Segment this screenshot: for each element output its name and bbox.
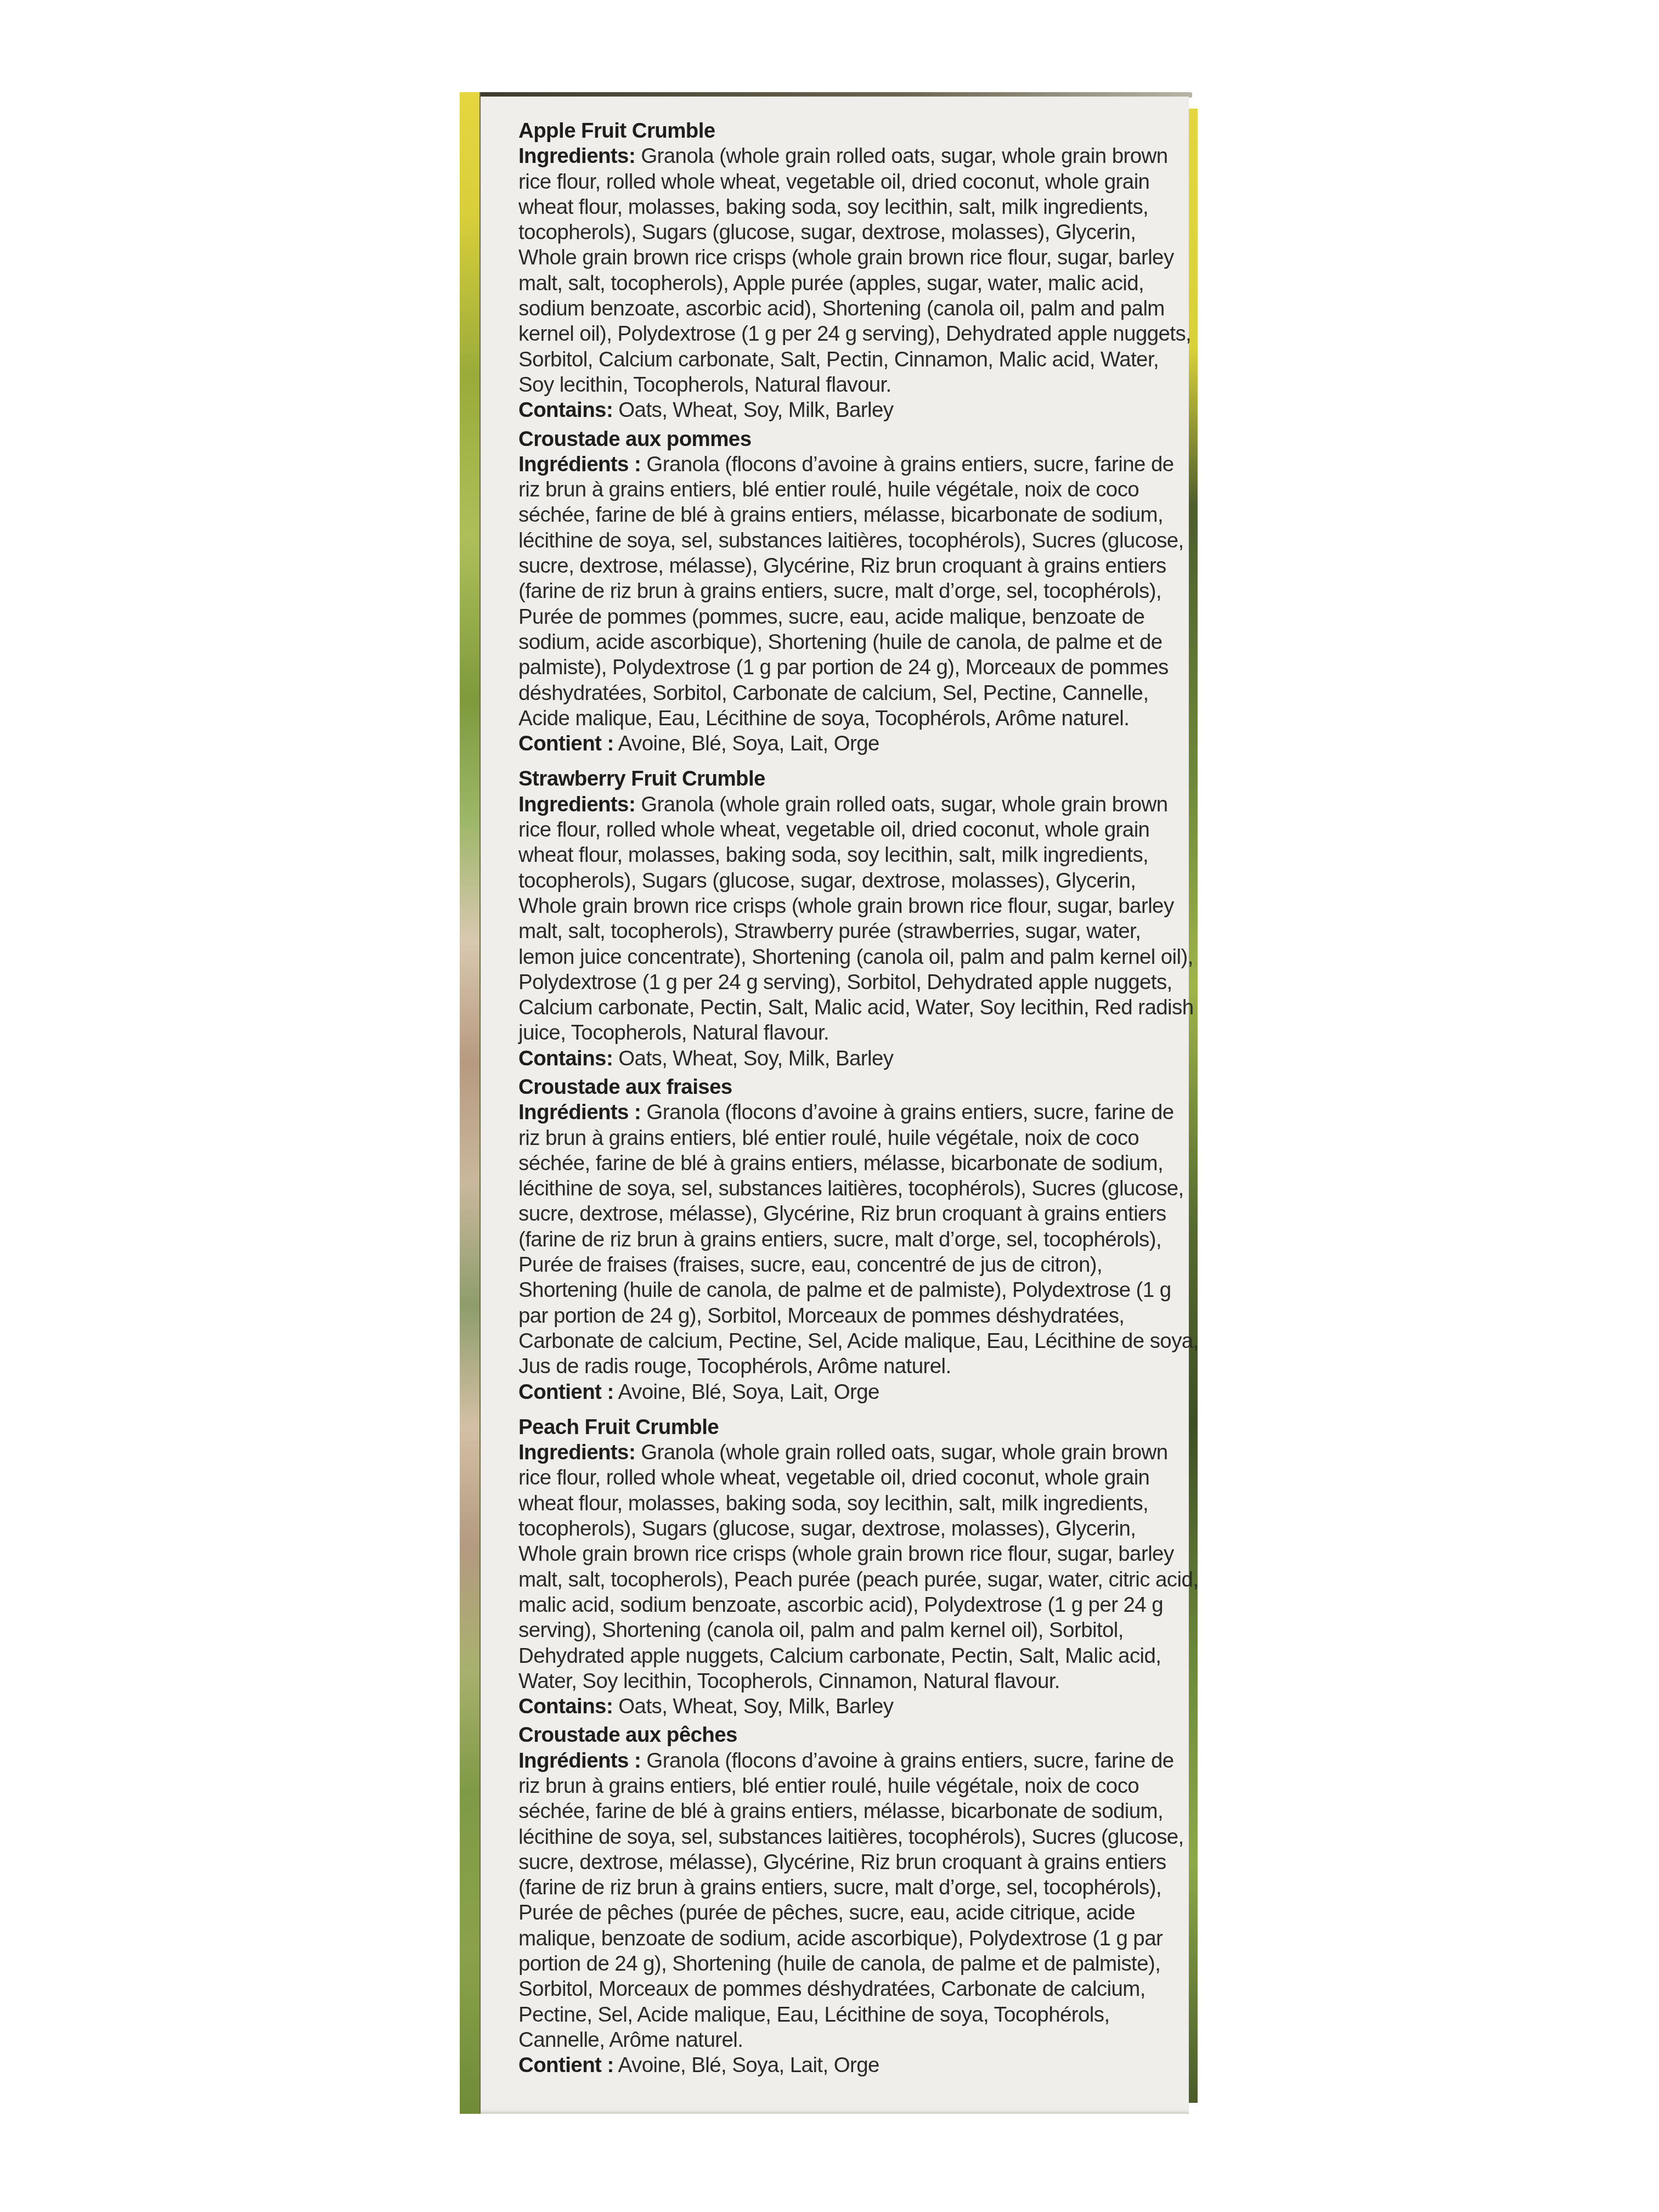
ingredients-label: Ingrédients :: [518, 1101, 641, 1124]
contains-text: Oats, Wheat, Soy, Milk, Barley: [613, 398, 893, 422]
ingredients-list: Apple Fruit Crumble Ingredients: Granola…: [518, 119, 1199, 2079]
ingredients-paragraph: Ingredients: Granola (whole grain rolled…: [518, 792, 1199, 1046]
product-section-strawberry-en: Strawberry Fruit Crumble Ingredients: Gr…: [518, 766, 1199, 1071]
ingredients-paragraph: Ingrédients : Granola (flocons d’avoine …: [518, 452, 1199, 731]
product-title: Peach Fruit Crumble: [518, 1415, 1199, 1440]
ingredients-panel: Apple Fruit Crumble Ingredients: Granola…: [481, 97, 1189, 2114]
product-title: Apple Fruit Crumble: [518, 119, 1199, 144]
ingredients-paragraph: Ingrédients : Granola (flocons d’avoine …: [518, 1748, 1199, 2053]
allergen-line: Contains: Oats, Wheat, Soy, Milk, Barley: [518, 1694, 1199, 1719]
contains-label: Contient :: [518, 1380, 614, 1404]
contains-label: Contains:: [518, 1047, 613, 1070]
product-section-apple-en: Apple Fruit Crumble Ingredients: Granola…: [518, 119, 1199, 424]
allergen-line: Contains: Oats, Wheat, Soy, Milk, Barley: [518, 398, 1199, 423]
ingredients-label: Ingredients:: [518, 144, 635, 168]
product-section-strawberry-fr: Croustade aux fraises Ingrédients : Gran…: [518, 1075, 1199, 1405]
allergen-line: Contient : Avoine, Blé, Soya, Lait, Orge: [518, 1380, 1199, 1405]
allergen-line: Contient : Avoine, Blé, Soya, Lait, Orge: [518, 731, 1199, 757]
ingredients-label: Ingredients:: [518, 793, 635, 816]
ingredients-label: Ingrédients :: [518, 453, 641, 476]
box-left-edge-artwork: [460, 92, 481, 2114]
allergen-line: Contient : Avoine, Blé, Soya, Lait, Orge: [518, 2053, 1199, 2078]
ingredients-paragraph: Ingredients: Granola (whole grain rolled…: [518, 1440, 1199, 1694]
ingredients-label: Ingrédients :: [518, 1749, 641, 1773]
product-title: Croustade aux pêches: [518, 1723, 1199, 1748]
allergen-line: Contains: Oats, Wheat, Soy, Milk, Barley: [518, 1046, 1199, 1071]
ingredients-text: Granola (whole grain rolled oats, sugar,…: [518, 1441, 1198, 1693]
product-title: Croustade aux fraises: [518, 1075, 1199, 1100]
contains-text: Avoine, Blé, Soya, Lait, Orge: [614, 2053, 879, 2077]
product-box-side-panel: Apple Fruit Crumble Ingredients: Granola…: [460, 92, 1198, 2114]
ingredients-text: Granola (whole grain rolled oats, sugar,…: [518, 144, 1191, 397]
product-section-peach-en: Peach Fruit Crumble Ingredients: Granola…: [518, 1415, 1199, 1720]
ingredients-text: Granola (flocons d’avoine à grains entie…: [518, 1749, 1184, 2052]
ingredients-text: Granola (whole grain rolled oats, sugar,…: [518, 793, 1193, 1045]
ingredients-label: Ingredients:: [518, 1441, 635, 1464]
contains-label: Contient :: [518, 2053, 614, 2077]
product-section-peach-fr: Croustade aux pêches Ingrédients : Grano…: [518, 1723, 1199, 2078]
ingredients-paragraph: Ingredients: Granola (whole grain rolled…: [518, 144, 1199, 398]
contains-text: Avoine, Blé, Soya, Lait, Orge: [614, 732, 879, 755]
product-section-apple-fr: Croustade aux pommes Ingrédients : Grano…: [518, 427, 1199, 757]
contains-text: Oats, Wheat, Soy, Milk, Barley: [613, 1047, 893, 1070]
ingredients-paragraph: Ingrédients : Granola (flocons d’avoine …: [518, 1100, 1199, 1379]
contains-text: Oats, Wheat, Soy, Milk, Barley: [613, 1695, 893, 1718]
contains-label: Contains:: [518, 398, 613, 422]
contains-label: Contient :: [518, 732, 614, 755]
product-title: Croustade aux pommes: [518, 427, 1199, 452]
product-title: Strawberry Fruit Crumble: [518, 766, 1199, 792]
ingredients-text: Granola (flocons d’avoine à grains entie…: [518, 453, 1184, 730]
ingredients-text: Granola (flocons d’avoine à grains entie…: [518, 1101, 1199, 1378]
contains-text: Avoine, Blé, Soya, Lait, Orge: [614, 1380, 879, 1404]
contains-label: Contains:: [518, 1695, 613, 1718]
